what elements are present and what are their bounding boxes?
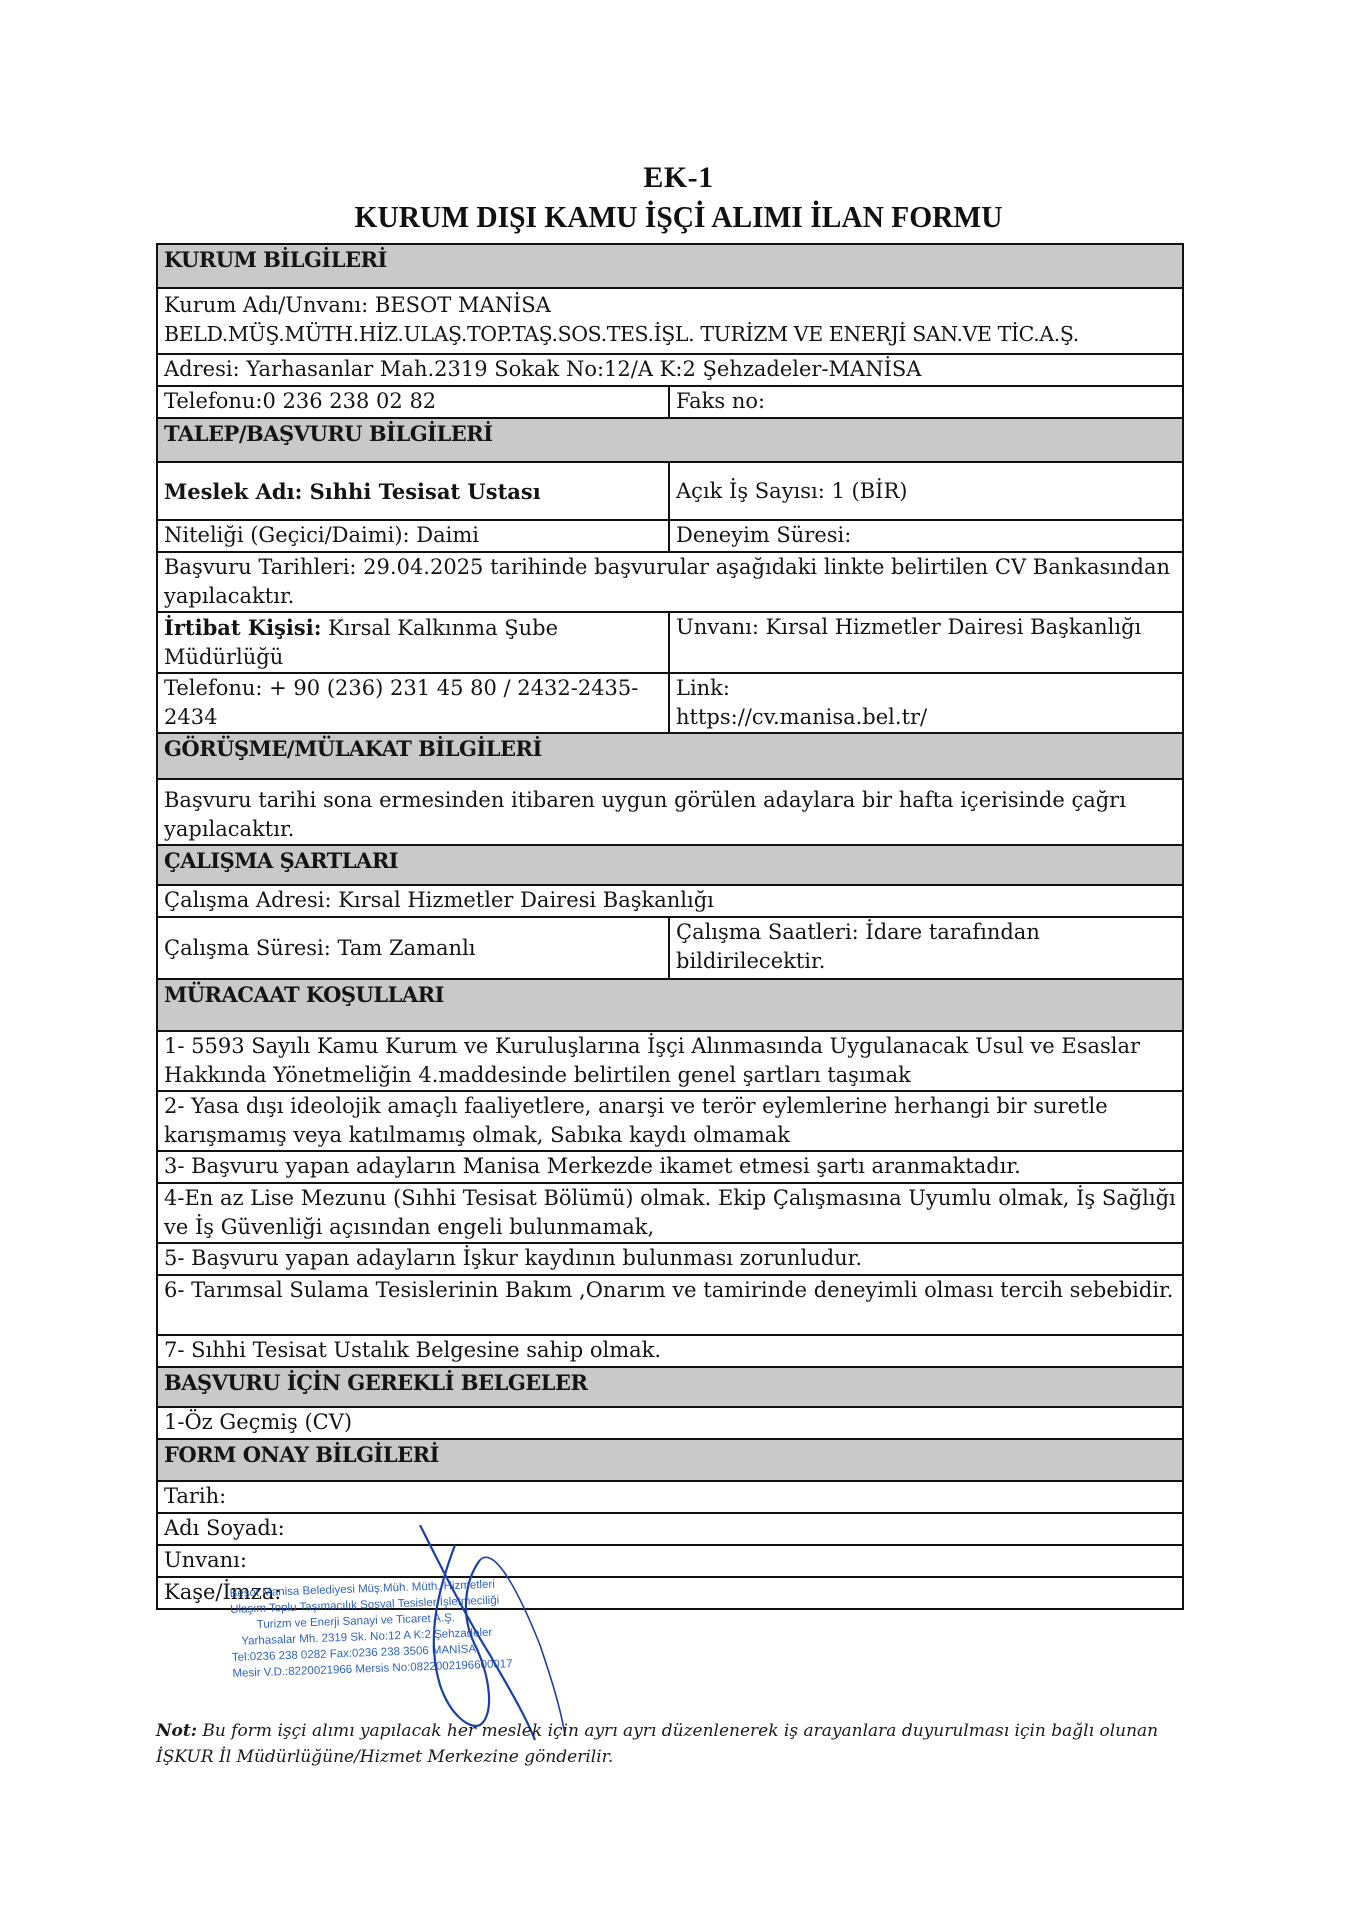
institution-fax: Faks no:: [669, 386, 1183, 418]
stamp-line: Turizm ve Enerji Sanayi ve Ticaret A.Ş.: [231, 1606, 571, 1634]
form-title: KURUM DIŞI KAMU İŞÇİ ALIMI İLAN FORMU: [34, 198, 1323, 236]
section-header-onay: FORM ONAY BİLGİLERİ: [157, 1439, 1183, 1481]
condition-item-5: 5- Başvuru yapan adayların İşkur kaydını…: [157, 1243, 1183, 1275]
condition-item-7: 7- Sıhhi Tesisat Ustalık Belgesine sahip…: [157, 1335, 1183, 1367]
institution-address: Adresi: Yarhasanlar Mah.2319 Sokak No:12…: [157, 354, 1183, 386]
title-block: EK-1 KURUM DIŞI KAMU İŞÇİ ALIMI İLAN FOR…: [0, 160, 1357, 236]
approval-stamp-signature: Kaşe/İmza:: [157, 1577, 1183, 1609]
section-header-talep: TALEP/BAŞVURU BİLGİLERİ: [157, 418, 1183, 462]
contact-title: Unvanı: Kırsal Hizmetler Dairesi Başkanl…: [669, 612, 1183, 673]
announcement-form-table: KURUM BİLGİLERİ Kurum Adı/Unvanı: BESOT …: [156, 243, 1184, 1610]
contact-person: İrtibat Kişisi: Kırsal Kalkınma Şube Müd…: [157, 612, 669, 673]
document-page: EK-1 KURUM DIŞI KAMU İŞÇİ ALIMI İLAN FOR…: [0, 0, 1357, 1920]
approval-date: Tarih:: [157, 1481, 1183, 1513]
form-note: Not: Bu form işçi alımı yapılacak her me…: [156, 1718, 1186, 1770]
institution-name-line1: Kurum Adı/Unvanı: BESOT MANİSA: [164, 291, 1176, 320]
interview-info: Başvuru tarihi sona ermesinden itibaren …: [157, 779, 1183, 845]
institution-name-line2: BELD.MÜŞ.MÜTH.HİZ.ULAŞ.TOP.TAŞ.SOS.TES.İ…: [164, 320, 1176, 349]
application-link[interactable]: https://cv.manisa.bel.tr/: [676, 703, 1176, 732]
work-duration: Çalışma Süresi: Tam Zamanlı: [157, 917, 669, 979]
work-hours: Çalışma Saatleri: İdare tarafından bildi…: [669, 917, 1183, 979]
contact-phone: Telefonu: + 90 (236) 231 45 80 / 2432-24…: [157, 673, 669, 733]
application-link-cell: Link: https://cv.manisa.bel.tr/: [669, 673, 1183, 733]
institution-phone: Telefonu:0 236 238 02 82: [157, 386, 669, 418]
condition-item-4: 4-En az Lise Mezunu (Sıhhi Tesisat Bölüm…: [157, 1183, 1183, 1243]
stamp-line: Yarhasalar Mh. 2319 Sk. No:12 A K:2 Şehz…: [231, 1622, 571, 1650]
section-header-kurum: KURUM BİLGİLERİ: [157, 244, 1183, 288]
condition-item-1: 1- 5593 Sayılı Kamu Kurum ve Kuruluşları…: [157, 1031, 1183, 1091]
section-header-calisma: ÇALIŞMA ŞARTLARI: [157, 845, 1183, 885]
work-address: Çalışma Adresi: Kırsal Hizmetler Dairesi…: [157, 885, 1183, 917]
condition-item-3: 3- Başvuru yapan adayların Manisa Merkez…: [157, 1151, 1183, 1183]
approval-name: Adı Soyadı:: [157, 1513, 1183, 1545]
note-text: Bu form işçi alımı yapılacak her meslek …: [156, 1721, 1158, 1767]
section-header-gorusme: GÖRÜŞME/MÜLAKAT BİLGİLERİ: [157, 733, 1183, 779]
application-dates: Başvuru Tarihleri: 29.04.2025 tarihinde …: [157, 552, 1183, 612]
section-header-muracaat: MÜRACAAT KOŞULLARI: [157, 979, 1183, 1031]
note-label: Not:: [156, 1721, 197, 1741]
open-positions: Açık İş Sayısı: 1 (BİR): [669, 462, 1183, 520]
required-document-1: 1-Öz Geçmiş (CV): [157, 1407, 1183, 1439]
experience-duration: Deneyim Süresi:: [669, 520, 1183, 552]
stamp-line: Tel:0236 238 0282 Fax:0236 238 3506 MANİ…: [232, 1638, 572, 1666]
stamp-line: Mesir V.D.:8220021966 Mersis No:08220021…: [232, 1654, 572, 1682]
employment-type: Niteliği (Geçici/Daimi): Daimi: [157, 520, 669, 552]
approval-title: Unvanı:: [157, 1545, 1183, 1577]
condition-item-2: 2- Yasa dışı ideolojik amaçlı faaliyetle…: [157, 1091, 1183, 1151]
condition-item-6: 6- Tarımsal Sulama Tesislerinin Bakım ,O…: [157, 1275, 1183, 1335]
section-header-belgeler: BAŞVURU İÇİN GEREKLİ BELGELER: [157, 1367, 1183, 1407]
occupation-name: Meslek Adı: Sıhhi Tesisat Ustası: [157, 462, 669, 520]
link-label: Link:: [676, 674, 1176, 703]
institution-name-cell: Kurum Adı/Unvanı: BESOT MANİSA BELD.MÜŞ.…: [157, 288, 1183, 354]
contact-person-label: İrtibat Kişisi:: [164, 615, 321, 640]
annex-label: EK-1: [0, 160, 1357, 196]
